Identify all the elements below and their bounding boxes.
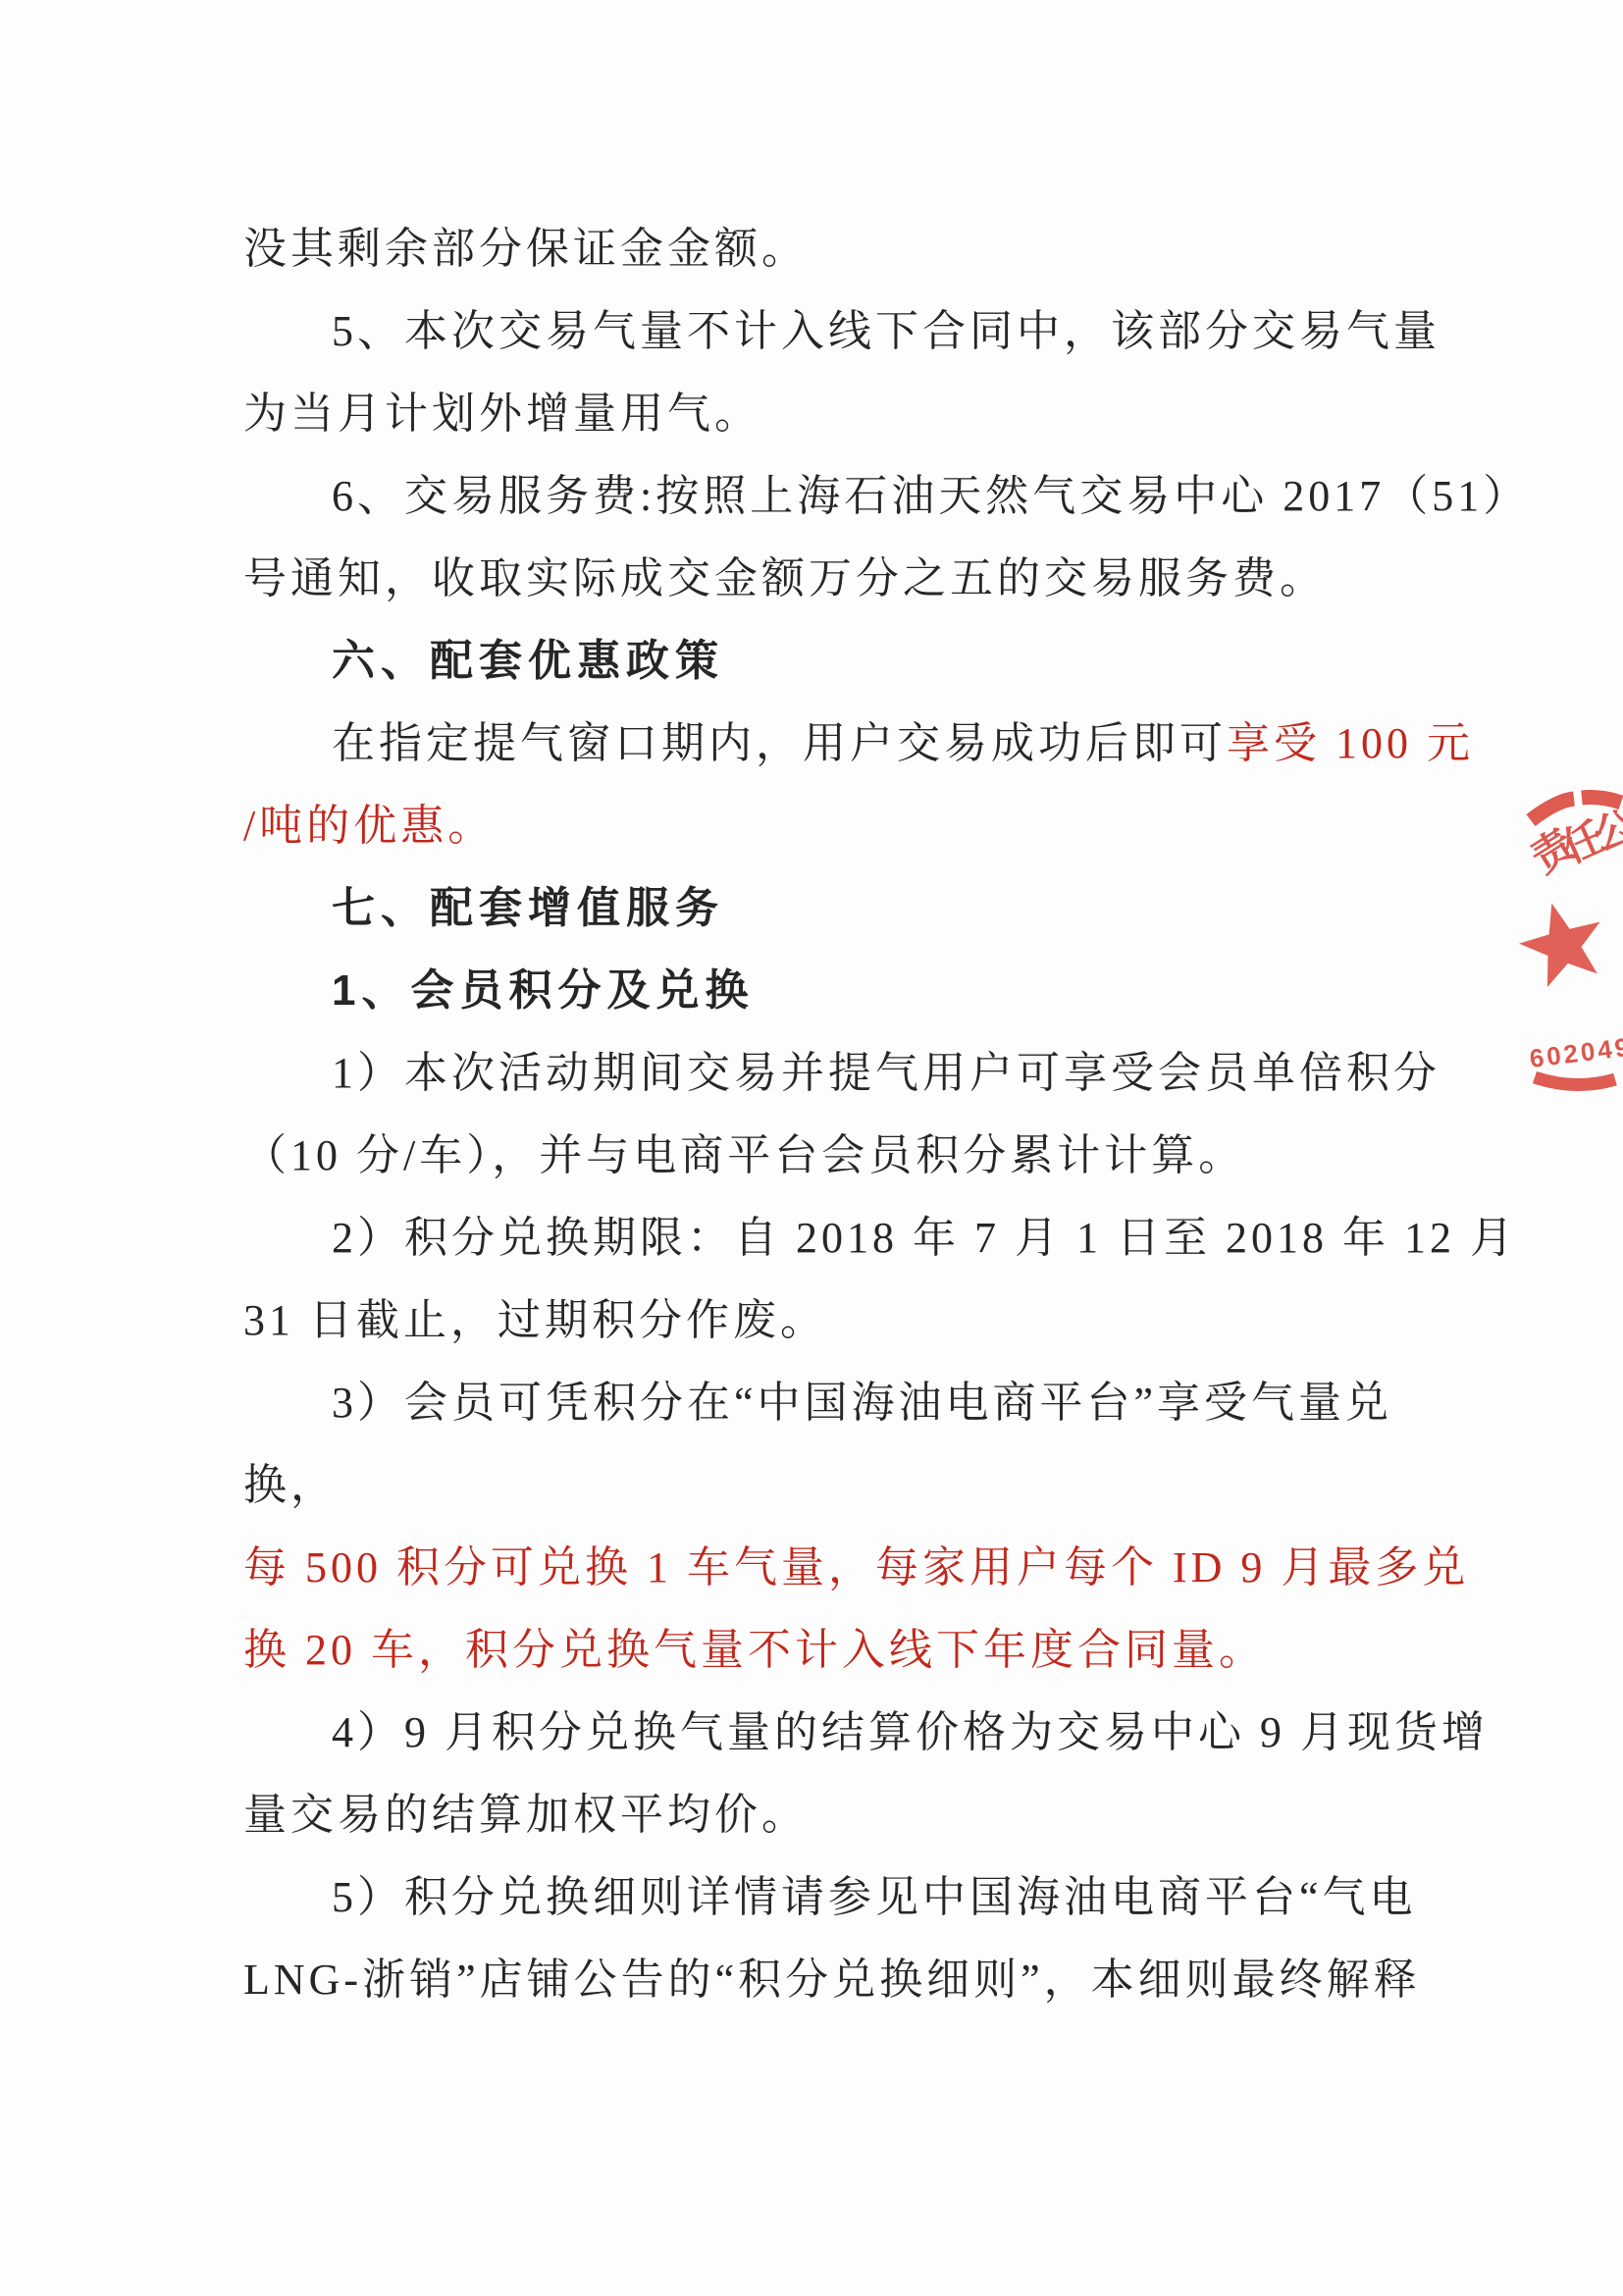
text-line: （10 分/车），并与电商平台会员积分累计计算。 (243, 1115, 1548, 1197)
text-segment: 没其剩余部分保证金金额。 (243, 225, 809, 273)
text-line: LNG-浙销”店铺公告的“积分兑换细则”，本细则最终解释 (243, 1939, 1548, 2021)
text-line: 1）本次活动期间交易并提气用户可享受会员单倍积分 (243, 1032, 1548, 1115)
text-segment: 1）本次活动期间交易并提气用户可享受会员单倍积分 (332, 1049, 1440, 1097)
text-segment: 4）9 月积分兑换气量的结算价格为交易中心 9 月现货增 (332, 1708, 1489, 1756)
text-segment: 享受 100 元 (1227, 719, 1474, 767)
text-segment: 七、配套增值服务 (332, 884, 724, 932)
text-line: 2）积分兑换期限：自 2018 年 7 月 1 日至 2018 年 12 月 (243, 1197, 1548, 1279)
text-segment: 6、交易服务费:按照上海石油天然气交易中心 2017（51） (332, 472, 1530, 520)
text-line: 31 日截止，过期积分作废。 (243, 1279, 1548, 1362)
heading-line: 1、会员积分及兑换 (243, 950, 1548, 1032)
text-line: 没其剩余部分保证金金额。 (243, 208, 1548, 290)
text-line: 为当月计划外增量用气。 (243, 373, 1548, 455)
text-line: 5）积分兑换细则详情请参见中国海油电商平台“气电 (243, 1856, 1548, 1939)
text-line: 6、交易服务费:按照上海石油天然气交易中心 2017（51） (243, 455, 1548, 538)
text-line: 5、本次交易气量不计入线下合同中，该部分交易气量 (243, 290, 1548, 373)
text-line: /吨的优惠。 (243, 785, 1548, 867)
text-segment: 为当月计划外增量用气。 (243, 390, 761, 438)
text-segment: /吨的优惠。 (243, 802, 495, 850)
text-segment: 换 20 车，积分兑换气量不计入线下年度合同量。 (243, 1626, 1266, 1674)
text-segment: 换， (243, 1461, 338, 1509)
text-line: 4）9 月积分兑换气量的结算价格为交易中心 9 月现货增 (243, 1692, 1548, 1774)
text-segment: 2）积分兑换期限：自 2018 年 7 月 1 日至 2018 年 12 月 (332, 1214, 1517, 1262)
text-segment: LNG-浙销”店铺公告的“积分兑换细则”，本细则最终解释 (243, 1956, 1421, 2004)
text-line: 换 20 车，积分兑换气量不计入线下年度合同量。 (243, 1609, 1548, 1692)
text-segment: （10 分/车），并与电商平台会员积分累计计算。 (243, 1131, 1245, 1179)
text-segment: 5、本次交易气量不计入线下合同中，该部分交易气量 (332, 307, 1440, 355)
text-line: 量交易的结算加权平均价。 (243, 1774, 1548, 1856)
text-line: 号通知，收取实际成交金额万分之五的交易服务费。 (243, 538, 1548, 620)
text-segment: 5）积分兑换细则详情请参见中国海油电商平台“气电 (332, 1873, 1417, 1921)
text-segment: 在指定提气窗口期内，用户交易成功后即可 (332, 719, 1227, 767)
text-segment: 号通知，收取实际成交金额万分之五的交易服务费。 (243, 554, 1327, 602)
text-line: 每 500 积分可兑换 1 车气量，每家用户每个 ID 9 月最多兑 (243, 1527, 1548, 1609)
text-segment: 3）会员可凭积分在“中国海油电商平台”享受气量兑 (332, 1379, 1392, 1427)
text-segment: 量交易的结算加权平均价。 (243, 1791, 809, 1839)
text-line: 3）会员可凭积分在“中国海油电商平台”享受气量兑 (243, 1362, 1548, 1444)
heading-line: 六、配套优惠政策 (243, 620, 1548, 703)
text-segment: 每 500 积分可兑换 1 车气量，每家用户每个 ID 9 月最多兑 (243, 1543, 1469, 1592)
text-line: 在指定提气窗口期内，用户交易成功后即可享受 100 元 (243, 703, 1548, 785)
text-line: 换， (243, 1444, 1548, 1527)
text-segment: 1、会员积分及兑换 (332, 966, 754, 1015)
seal-arc-char: 公 (1589, 803, 1623, 859)
document-body: 没其剩余部分保证金金额。5、本次交易气量不计入线下合同中，该部分交易气量为当月计… (243, 208, 1548, 2021)
seal-arc-char: 任 (1555, 812, 1611, 871)
text-segment: 六、配套优惠政策 (332, 637, 724, 685)
heading-line: 七、配套增值服务 (243, 867, 1548, 950)
document-page: 没其剩余部分保证金金额。5、本次交易气量不计入线下合同中，该部分交易气量为当月计… (0, 0, 1623, 2296)
text-segment: 31 日截止，过期积分作废。 (243, 1296, 827, 1344)
